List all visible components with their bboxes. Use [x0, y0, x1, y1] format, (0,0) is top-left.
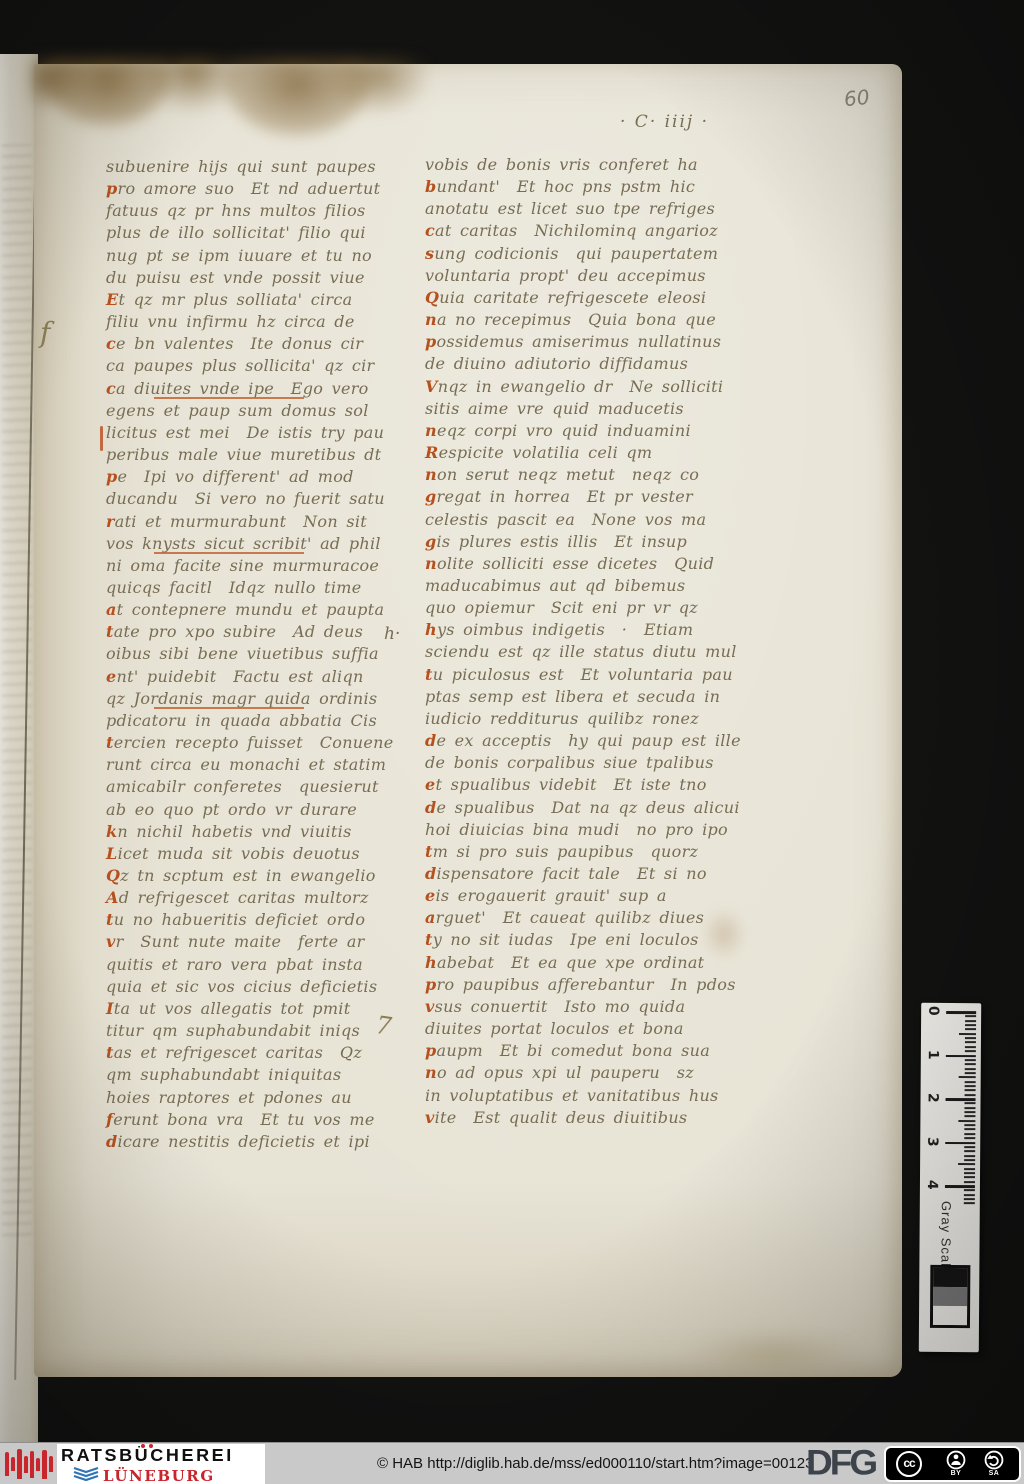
dfg-logo: DFG [806, 1443, 875, 1483]
ruler-tick [965, 1046, 976, 1048]
manuscript-line: non serut neqz metut neqz co [425, 465, 755, 487]
manuscript-line: ty no sit iudas Ipe eni loculos [425, 930, 755, 952]
ruler-tick [965, 1063, 976, 1065]
ruler-tick [945, 1141, 975, 1144]
manuscript-line: gregat in horrea Et pr vester [425, 487, 755, 509]
manuscript-line: hoies raptores et pdones au [106, 1088, 406, 1110]
manuscript-line: pdicatoru in quada abbatia Cis [106, 711, 406, 733]
manuscript-line: na no recepimus Quia bona que [425, 310, 755, 332]
margin-letter-f: f [40, 316, 50, 349]
ruler-number: 1 [927, 1049, 941, 1063]
ruler-tick [946, 1011, 976, 1014]
manuscript-line: Ad refrigescet caritas multorz [106, 888, 406, 910]
ruler-tick [964, 1150, 975, 1152]
manuscript-line: Vnqz in ewangelio dr Ne solliciti [425, 377, 755, 399]
manuscript-line: celestis pascit ea None vos ma [425, 510, 755, 532]
manuscript-line: dispensatore facit tale Et si no [425, 864, 755, 886]
ruler-tick [958, 1120, 975, 1122]
ruler-tick [965, 1089, 976, 1091]
manuscript-line: dicare nestitis deficietis et ipi [106, 1132, 406, 1154]
ruler-tick [964, 1133, 975, 1135]
manuscript-line: de spualibus Dat na qz deus alicui [425, 798, 755, 820]
ruler-tick [964, 1198, 975, 1200]
manuscript-line: oibus sibi bene viuetibus suffia [106, 644, 406, 666]
manuscript-line: ducandu Si vero no fuerit satu [106, 489, 406, 511]
manuscript-line: plus de illo sollicitat' filio qui [106, 223, 406, 245]
manuscript-line: vite Est qualit deus diuitibus [425, 1108, 755, 1130]
ruler-tick [965, 1050, 976, 1052]
chapter-heading: · C· iiij · [620, 112, 709, 132]
text-column-right: vobis de bonis vris conferet habundant' … [425, 155, 755, 1130]
ruler-tick [959, 1033, 976, 1035]
manuscript-line: diuites portat loculos et bona [425, 1019, 755, 1041]
manuscript-line: kn nichil habetis vnd viuitis [106, 822, 406, 844]
manuscript-line: gis plures estis illis Et insup [425, 532, 755, 554]
ruler-tick [964, 1172, 975, 1174]
manuscript-line: vos knysts sicut scribit' ad phil [106, 534, 406, 556]
manuscript-line: tercien recepto fuisset Conuene [106, 733, 406, 755]
cc-license-badge: cc BY SA [884, 1446, 1021, 1482]
ruler-tick [965, 1094, 976, 1096]
patch-black [933, 1268, 967, 1287]
ruler-tick [959, 1076, 976, 1078]
manuscript-line: sung codicionis qui paupertatem [425, 244, 755, 266]
manuscript-line: tas et refrigescet caritas Qz [106, 1043, 406, 1065]
cc-sa-label: SA [982, 1470, 1006, 1477]
manuscript-line: nug pt se ipm iuuare et tu no [106, 246, 406, 268]
manuscript-line: ca diuites vnde ipe Ego vero [106, 379, 406, 401]
cc-sa-icon: SA [982, 1450, 1006, 1477]
manuscript-line: at contepnere mundu et paupta [106, 600, 406, 622]
manuscript-line: Respicite volatilia celi qm [425, 443, 755, 465]
manuscript-line: nolite solliciti esse dicetes Quid [425, 554, 755, 576]
ruler-tick [964, 1146, 975, 1148]
ruler-tick [965, 1015, 976, 1017]
ruler-number: 3 [926, 1136, 940, 1150]
manuscript-line: subuenire hijs qui sunt paupes [106, 157, 406, 179]
manuscript-line: sciendu est qz ille status diutu mul [425, 642, 755, 664]
text-column-left: subuenire hijs qui sunt paupespro amore … [106, 157, 406, 1154]
manuscript-line: quia et sic vos cicius deficietis [106, 977, 406, 999]
manuscript-line: fatuus qz pr hns multos filios [106, 201, 406, 223]
library-city: LÜNEBURG [103, 1467, 215, 1484]
manuscript-line: tu no habueritis deficiet ordo [106, 910, 406, 932]
manuscript-line: ferunt bona vra Et tu vos me [106, 1110, 406, 1132]
manuscript-line: du puisu est vnde possit viue [106, 268, 406, 290]
ruler-tick [964, 1194, 975, 1196]
ruler-tick [964, 1129, 975, 1131]
ruler-tick [964, 1189, 975, 1191]
manuscript-line: arguet' Et caueat quilibz diues [425, 908, 755, 930]
manuscript-line: Ita ut vos allegatis tot pmit [106, 999, 406, 1021]
manuscript-line: neqz corpi vro quid induamini [425, 421, 755, 443]
manuscript-line: voluntaria propt' deu accepimus [425, 266, 755, 288]
manuscript-line: qm suphabundabt iniquitas [106, 1065, 406, 1087]
manuscript-line: ent' puidebit Factu est aliqn [106, 667, 406, 689]
ruler-tick [964, 1159, 975, 1161]
ruler-tick [965, 1102, 976, 1104]
ruler-number: 4 [926, 1180, 940, 1194]
library-logo: RATSBÜCHEREI LÜNEBURG [57, 1444, 265, 1484]
ruler-tick [965, 1059, 976, 1061]
manuscript-line: Qz tn scptum est in ewangelio [106, 866, 406, 888]
manuscript-line: Licet muda sit vobis deuotus [106, 844, 406, 866]
manuscript-line: titur qm suphabundabit iniqs [106, 1021, 406, 1043]
umlaut-dots [141, 1444, 157, 1448]
cc-icon: cc [896, 1451, 922, 1477]
ruler-tick [946, 1054, 976, 1057]
manuscript-line: ca paupes plus sollicita' qz cir [106, 356, 406, 378]
manuscript-line: hys oimbus indigetis · Etiam [425, 620, 755, 642]
ruler-tick [965, 1042, 976, 1044]
manuscript-line: quicqs facitl Idqz nullo time [106, 578, 406, 600]
manuscript-line: sitis aime vre quid maducetis [425, 399, 755, 421]
ruler-tick [964, 1181, 975, 1183]
manuscript-line: qz Jordanis magr quida ordinis [106, 689, 406, 711]
manuscript-line: Quia caritate refrigescete eleosi [425, 288, 755, 310]
ruler-tick [965, 1024, 976, 1026]
library-bars-icon [5, 1446, 53, 1482]
manuscript-line: vobis de bonis vris conferet ha [425, 155, 755, 177]
ruler-tick [964, 1124, 975, 1126]
manuscript-line: Et qz mr plus solliata' circa [106, 290, 406, 312]
ruler-number: 0 [927, 1006, 941, 1020]
manuscript-line: pro amore suo Et nd aduertut [106, 179, 406, 201]
manuscript-line: ce bn valentes Ite donus cir [106, 334, 406, 356]
manuscript-line: tm si pro suis paupibus quorz [425, 842, 755, 864]
intercolumn-letter-h: h· [384, 624, 400, 644]
manuscript-line: rati et murmurabunt Non sit [106, 512, 406, 534]
stain-bottom [654, 1316, 894, 1378]
manuscript-line: egens et paup sum domus sol [106, 401, 406, 423]
manuscript-line: ab eo quo pt ordo vr durare [106, 800, 406, 822]
ruler-tick [964, 1155, 975, 1157]
ruler-tick [964, 1168, 975, 1170]
grayscale-calibration-card: 01234 Gray Scale [919, 1003, 981, 1352]
manuscript-line: habebat Et ea que xpe ordinat [425, 953, 755, 975]
manuscript-line: tate pro xpo subire Ad deus [106, 622, 406, 644]
footer-bar: RATSBÜCHEREI LÜNEBURG © HAB http://digli… [0, 1442, 1024, 1484]
manuscript-line: de ex acceptis hy qui paup est ille [425, 731, 755, 753]
copyright-url: © HAB http://diglib.hab.de/mss/ed000110/… [377, 1443, 813, 1484]
ruler-ticks: 01234 [920, 1011, 981, 1211]
manuscript-line: pe Ipi vo different' ad mod [106, 467, 406, 489]
ruler-tick [945, 1185, 975, 1188]
manuscript-line: filiu vnu infirmu hz circa de [106, 312, 406, 334]
grayscale-patches [930, 1265, 970, 1328]
ruler-tick [965, 1028, 976, 1030]
ruler-tick [965, 1085, 976, 1087]
manuscript-line: ptas semp est libera et secuda in [425, 687, 755, 709]
ruler-tick [964, 1107, 975, 1109]
ruler-tick [964, 1111, 975, 1113]
ruler-tick [965, 1068, 976, 1070]
manuscript-line: eis erogauerit grauit' sup a [425, 886, 755, 908]
manuscript-line: licitus est mei De istis try pau [106, 423, 406, 445]
manuscript-line: et spualibus videbit Et iste tno [425, 775, 755, 797]
library-name: RATSBÜCHEREI [61, 1446, 261, 1466]
manuscript-line: peribus male viue muretibus dt [106, 445, 406, 467]
ruler-tick [964, 1202, 975, 1204]
ruler-tick [965, 1081, 976, 1083]
manuscript-line: amicabilr conferetes quesierut [106, 777, 406, 799]
manuscript-line: runt circa eu monachi et statim [106, 755, 406, 777]
manuscript-line: possidemus amiserimus nullatinus [425, 332, 755, 354]
ruler-tick [964, 1176, 975, 1178]
ruler-tick [964, 1137, 975, 1139]
manuscript-line: pro paupibus afferebantur In pdos [425, 975, 755, 997]
ruler-tick [965, 1020, 976, 1022]
manuscript-line: de diuino adiutorio diffidamus [425, 354, 755, 376]
ruler-tick [958, 1163, 975, 1165]
manuscript-line: iudicio redditurus quilibz ronez [425, 709, 755, 731]
manuscript-page: 60 · C· iiij · subuenire hijs qui sunt p… [34, 64, 902, 1377]
book-icon [73, 1466, 99, 1484]
manuscript-line: tu piculosus est Et voluntaria pau [425, 665, 755, 687]
ruler-tick [946, 1098, 976, 1101]
ruler-tick [965, 1072, 976, 1074]
manuscript-line: paupm Et bi comedut bona sua [425, 1041, 755, 1063]
cc-by-icon: BY [944, 1450, 968, 1477]
manuscript-line: no ad opus xpi ul pauperu sz [425, 1063, 755, 1085]
manuscript-line: in voluptatibus et vanitatibus hus [425, 1086, 755, 1108]
manuscript-line: de bonis corpalibus siue tpalibus [425, 753, 755, 775]
manuscript-line: vr Sunt nute maite ferte ar [106, 932, 406, 954]
manuscript-photo: 60 · C· iiij · subuenire hijs qui sunt p… [0, 0, 1024, 1442]
manuscript-line: bundant' Et hoc pns pstm hic [425, 177, 755, 199]
manuscript-line: quo opiemur Scit eni pr vr qz [425, 598, 755, 620]
manuscript-line: ni oma facite sine murmuracoe [106, 556, 406, 578]
manuscript-line: maducabimus aut qd bibemus [425, 576, 755, 598]
ruler-tick [964, 1115, 975, 1117]
ruler-tick [965, 1037, 976, 1039]
screenshot-stage: 60 · C· iiij · subuenire hijs qui sunt p… [0, 0, 1024, 1484]
manuscript-line: cat caritas Nichilominq angarioz [425, 221, 755, 243]
red-gutter-mark [100, 426, 103, 451]
manuscript-line: vsus conuertit Isto mo quida [425, 997, 755, 1019]
patch-gray [933, 1287, 967, 1306]
manuscript-line: quitis et raro vera pbat insta [106, 955, 406, 977]
manuscript-line: anotatu est licet suo tpe refriges [425, 199, 755, 221]
ruler-number: 2 [926, 1093, 940, 1107]
manuscript-line: hoi diuicias bina mudi no pro ipo [425, 820, 755, 842]
patch-white [933, 1306, 967, 1325]
cc-by-label: BY [944, 1470, 968, 1477]
folio-number: 60 [843, 85, 871, 112]
